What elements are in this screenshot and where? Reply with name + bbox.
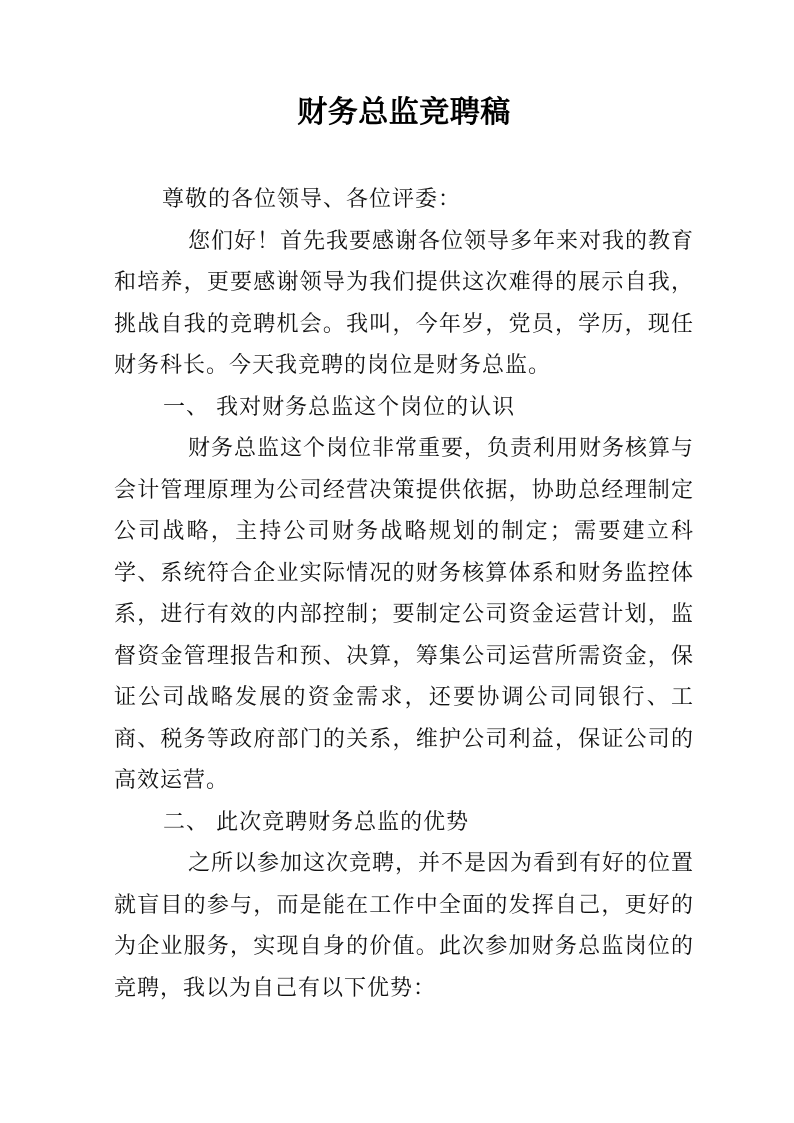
- document-page: 财务总监竞聘稿 尊敬的各位领导、各位评委： 您们好！首先我要感谢各位领导多年来对…: [0, 0, 794, 1123]
- document-content: 财务总监竞聘稿 尊敬的各位领导、各位评委： 您们好！首先我要感谢各位领导多年来对…: [114, 92, 694, 1008]
- section-heading-2: 二、 此次竞聘财务总监的优势: [114, 801, 694, 843]
- document-title: 财务总监竞聘稿: [114, 92, 694, 134]
- section-heading-1: 一、 我对财务总监这个岗位的认识: [114, 386, 694, 428]
- paragraph-section-1: 财务总监这个岗位非常重要，负责利用财务核算与会计管理原理为公司经营决策提供依据，…: [114, 427, 694, 801]
- paragraph-section-2: 之所以参加这次竞聘，并不是因为看到有好的位置就盲目的参与，而是能在工作中全面的发…: [114, 842, 694, 1008]
- paragraph-introduction: 您们好！首先我要感谢各位领导多年来对我的教育和培养，更要感谢领导为我们提供这次难…: [114, 220, 694, 386]
- salutation-line: 尊敬的各位领导、各位评委：: [114, 178, 694, 220]
